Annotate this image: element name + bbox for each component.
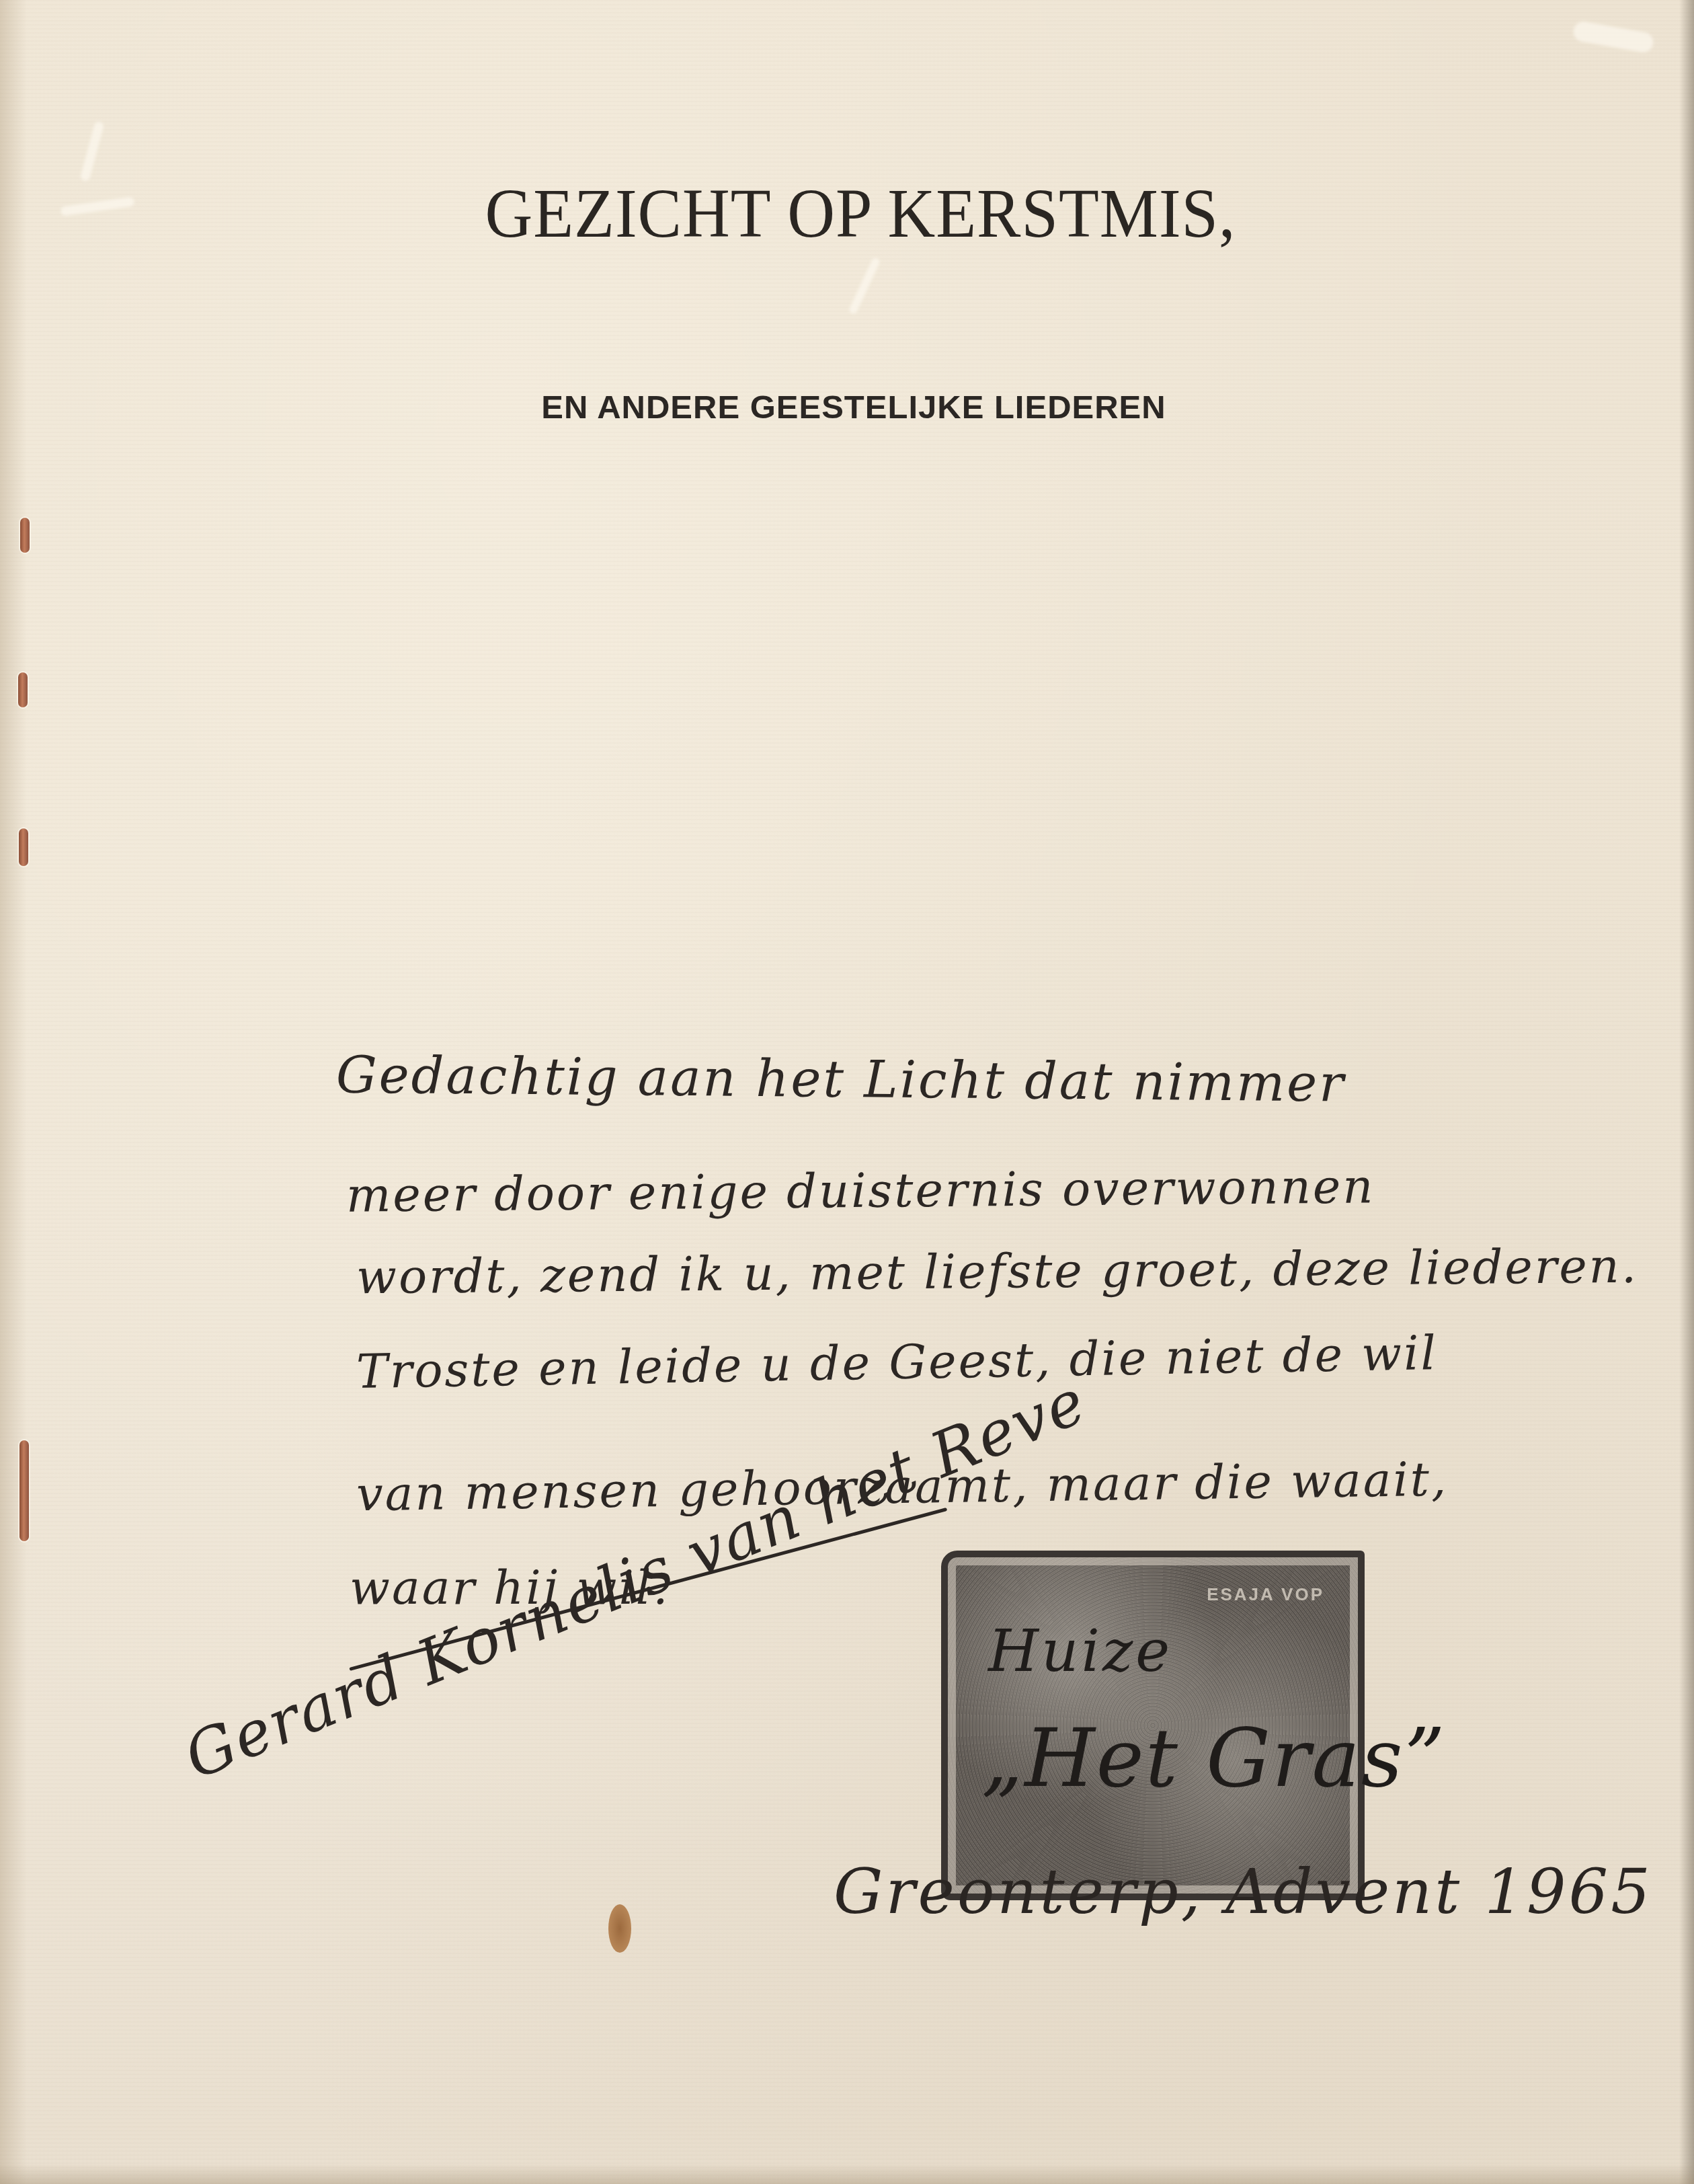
ink-stain [608, 1904, 631, 1953]
paper-crease [848, 257, 881, 315]
booklet-title: GEZICHT OP KERSTMIS, [0, 174, 1694, 253]
left-edge-shadow [0, 0, 27, 2184]
staple [19, 828, 28, 866]
dedication-line: Troste en leide u de Geest, die niet de … [356, 1325, 1438, 1399]
place-and-date: Greonterp, Advent 1965 [834, 1856, 1653, 1928]
huize-het-gras-stamp: ESAJA VOP Huize „Het Gras” [941, 1551, 1365, 1900]
booklet-cover-page: GEZICHT OP KERSTMIS, EN ANDERE GEESTELIJ… [0, 0, 1694, 2184]
staple [18, 672, 28, 707]
staple [20, 518, 30, 553]
stamp-small-text: ESAJA VOP [1207, 1584, 1324, 1605]
dedication-line: Gedachtig aan het Licht dat nimmer [336, 1044, 1346, 1113]
stamp-line-huize: Huize [988, 1618, 1172, 1685]
stamp-line-het-gras: „Het Gras” [981, 1712, 1447, 1805]
staple [19, 1440, 29, 1541]
right-edge-shadow [1679, 0, 1694, 2184]
paper-crease [80, 121, 105, 182]
bottom-edge-shadow [0, 2164, 1694, 2184]
paper-crease [1572, 20, 1654, 54]
booklet-subtitle: EN ANDERE GEESTELIJKE LIEDEREN [0, 389, 1694, 426]
dedication-line: meer door enige duisternis overwonnen [346, 1159, 1375, 1222]
dedication-line: wordt, zend ik u, met liefste groet, dez… [356, 1239, 1639, 1305]
